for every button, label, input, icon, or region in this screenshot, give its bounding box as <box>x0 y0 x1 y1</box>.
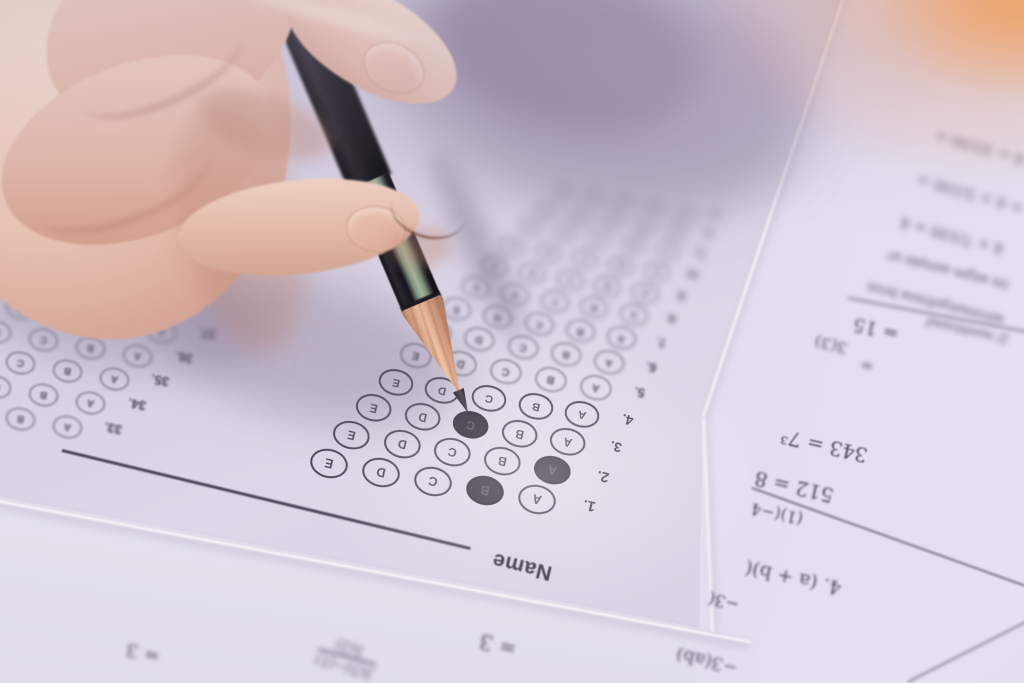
answer-bubble-A: A <box>51 413 84 440</box>
answer-bubble-B: B <box>481 443 523 479</box>
answer-bubble-D: D <box>581 187 606 208</box>
answer-bubble-D: D <box>381 426 423 462</box>
question-number: 9. <box>675 288 687 302</box>
answer-bubble-D: D <box>462 325 497 354</box>
answer-bubble-D: D <box>359 454 403 491</box>
answer-bubble-B: B <box>619 234 647 258</box>
answer-bubble-A: A <box>121 342 154 369</box>
question-number: 3. <box>608 438 623 456</box>
question-number: 37. <box>197 324 218 342</box>
answer-bubble-E: E <box>550 182 575 203</box>
answer-bubble-C: C <box>598 210 625 232</box>
question-number: 5. <box>633 384 647 401</box>
answer-bubble-A: A <box>532 452 574 488</box>
hand-knuckle-mid <box>0 19 299 281</box>
hand-crease <box>62 0 257 139</box>
question-number: 36. <box>173 348 194 366</box>
hand-shadow-left <box>0 215 279 395</box>
question-number: 10. <box>684 266 701 280</box>
answer-bubble-C: C <box>431 435 473 471</box>
answer-bubble-D: D <box>534 241 563 266</box>
answer-bubble-B: B <box>499 416 540 451</box>
answer-bubble-D: D <box>517 260 548 286</box>
question-number: 13. <box>707 208 721 221</box>
answer-bubble-E: E <box>479 254 510 280</box>
answer-bubble-B: B <box>533 365 569 395</box>
answer-bubble-C: C <box>612 193 637 214</box>
answer-bubble-D: D <box>566 204 593 226</box>
answer-bubble-E: E <box>498 234 527 259</box>
answer-bubble-C: C <box>469 382 509 416</box>
answer-bubble-B: B <box>463 472 507 509</box>
question-number: 12. <box>700 226 715 240</box>
answer-bubble-B: B <box>516 390 556 424</box>
answer-bubble-B: B <box>4 405 37 432</box>
answer-bubble-A: A <box>618 301 650 328</box>
answer-bubble-B: B <box>549 340 584 369</box>
answer-bubble-E: E <box>460 274 492 301</box>
question-number: 8. <box>665 311 677 325</box>
question-number: 4. <box>621 410 635 427</box>
answer-bubble-B: B <box>98 310 131 337</box>
answer-bubble-A: A <box>563 398 603 432</box>
answer-bubble-A: A <box>548 424 589 459</box>
answer-bubble-C: C <box>51 302 84 329</box>
answer-bubble-A: A <box>664 221 691 243</box>
answer-bubble-B: B <box>643 198 668 219</box>
hand-shadow-core <box>416 0 713 156</box>
answer-bubble-D: D <box>550 222 578 246</box>
answer-bubble-E: E <box>354 391 395 426</box>
answer-bubble-D: D <box>402 399 443 434</box>
answer-bubble-D: D <box>4 294 37 321</box>
answer-bubble-B: B <box>564 317 597 345</box>
answer-bubble-A: A <box>592 348 627 377</box>
answer-bubble-C: C <box>27 326 60 353</box>
question-number: 1. <box>581 496 597 515</box>
answer-bubble-E: E <box>331 417 373 453</box>
pencil-body-striped <box>350 173 441 313</box>
answer-bubble-B: B <box>578 295 610 322</box>
answer-bubble-A: A <box>145 318 178 345</box>
answer-bubble-D: D <box>481 303 514 331</box>
answer-bubble-A: A <box>653 240 681 264</box>
answer-bubble-C: C <box>555 267 586 293</box>
question-number: 35. <box>150 372 171 390</box>
question-number: 34. <box>126 396 147 414</box>
question-number: 11. <box>692 246 707 260</box>
answer-bubble-A: A <box>605 324 638 352</box>
answer-bubble-B: B <box>592 273 623 299</box>
answer-bubble-C: C <box>539 288 571 315</box>
question-number: 33. <box>103 419 124 437</box>
answer-bubble-B: B <box>606 253 635 278</box>
answer-bubble-C: C <box>570 247 599 272</box>
answer-bubble-D: D <box>0 318 13 345</box>
answer-bubble-E: E <box>533 198 560 220</box>
answer-bubble-A: A <box>74 390 107 417</box>
hand-shade <box>154 93 329 364</box>
name-label: Name <box>470 540 575 594</box>
pencil-body-upper <box>236 0 392 192</box>
answer-bubble-B: B <box>51 358 84 385</box>
hand-fist <box>0 0 320 364</box>
answer-bubble-B: B <box>27 382 60 409</box>
answer-bubble-D: D <box>499 281 531 308</box>
answer-bubble-C: C <box>522 310 555 338</box>
answer-bubble-A: A <box>630 280 661 306</box>
answer-bubble-A: A <box>673 203 698 224</box>
answer-bubble-A: A <box>578 372 614 402</box>
answer-bubble-A: A <box>98 366 131 393</box>
answer-bubble-C: C <box>4 350 37 377</box>
hand-shadow-large <box>356 0 834 253</box>
answer-bubble-C: C <box>0 374 13 401</box>
answer-bubble-C: C <box>411 463 455 500</box>
answer-bubble-A: A <box>515 481 559 518</box>
answer-bubble-B: B <box>631 215 658 237</box>
question-number: 7. <box>655 334 668 350</box>
question-number: 2. <box>595 466 610 484</box>
question-number: 6. <box>644 359 657 375</box>
hand-crease-2 <box>17 108 225 254</box>
answer-bubble-C: C <box>584 228 612 252</box>
answer-bubble-A: A <box>642 259 671 284</box>
photo-canvas: + 4 = 3/100 == 4 + 5/100 =4 + 7/100 = 4i… <box>0 0 1024 683</box>
answer-bubble-C: C <box>505 333 540 362</box>
answer-bubble-E: E <box>516 216 544 240</box>
index-fingernail <box>354 32 433 104</box>
answer-bubble-E: E <box>376 365 416 399</box>
answer-bubble-B: B <box>74 334 107 361</box>
answer-bubble-C: C <box>451 408 492 443</box>
answer-bubble-C: C <box>488 357 524 387</box>
answer-bubble-E: E <box>307 445 351 482</box>
